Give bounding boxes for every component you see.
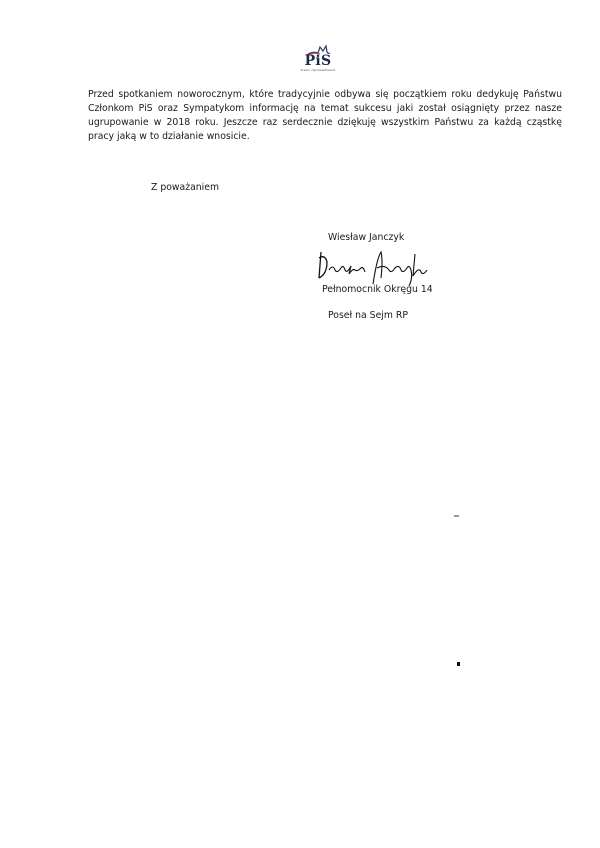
signer-office: Poseł na Sejm RP bbox=[328, 310, 408, 321]
signer-role: Pełnomocnik Okręgu 14 bbox=[322, 284, 433, 295]
handwritten-signature-icon bbox=[315, 248, 435, 288]
letter-page: PiS Prawo i Sprawiedliwość Przed spotkan… bbox=[0, 0, 600, 848]
signer-name: Wiesław Janczyk bbox=[328, 232, 404, 243]
letter-closing: Z poważaniem bbox=[151, 182, 219, 193]
letter-body: Przed spotkaniem noworocznym, które trad… bbox=[88, 88, 562, 144]
logo-text: PiS bbox=[298, 54, 338, 68]
scan-speck bbox=[457, 662, 460, 666]
party-logo: PiS Prawo i Sprawiedliwość bbox=[298, 44, 338, 80]
logo-subtitle: Prawo i Sprawiedliwość bbox=[298, 68, 338, 72]
scan-speck bbox=[454, 515, 459, 517]
